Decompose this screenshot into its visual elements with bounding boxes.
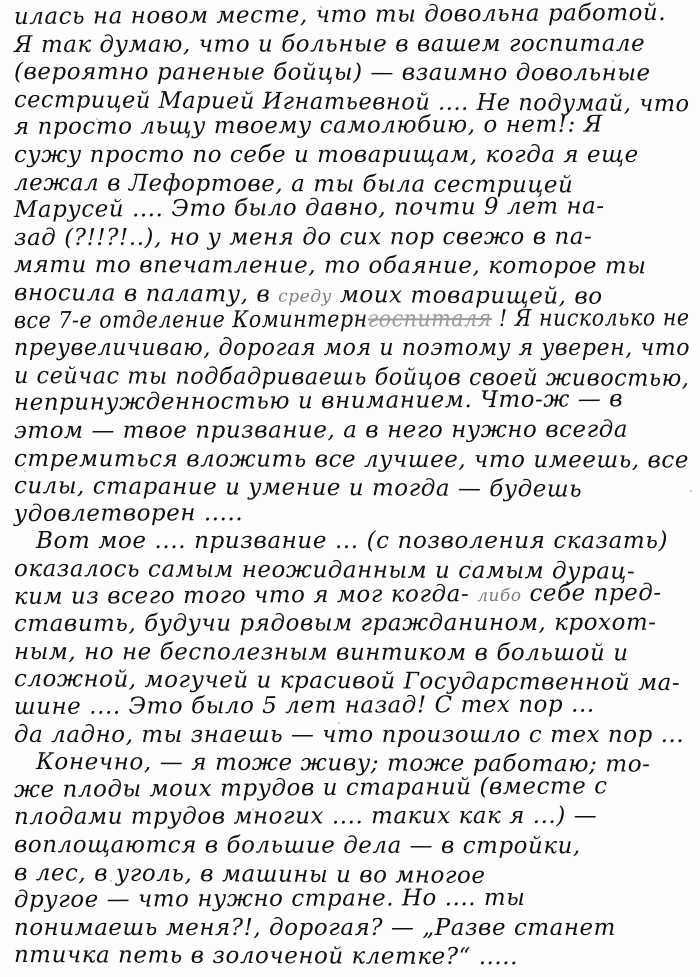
scan-speck <box>612 60 614 62</box>
line-text: плодами трудов многих .... таких как я .… <box>14 803 597 830</box>
line-text: зад (?!!?!..), но у меня до сих пор свеж… <box>14 224 592 251</box>
line-text: воплощаются в большие дела — в стройки, <box>14 832 581 859</box>
line-text: (вероятно раненые бойцы) — взаимно довол… <box>14 59 651 86</box>
letter-line: мяти то впечатление, то обаяние, которое… <box>14 252 690 279</box>
line-text: мяти то впечатление, то обаяние, которое… <box>14 252 647 279</box>
line-text: стремиться вложить все лучшее, что имееш… <box>14 446 689 473</box>
line-text: ким из всего того что я мог когда- <box>14 581 469 610</box>
line-text: да ладно, ты знаешь — что произошло с те… <box>14 722 684 748</box>
line-text: другое — что нужно стране. Но .... ты <box>14 885 526 913</box>
letter-line: воплощаются в большие дела — в стройки, <box>14 832 690 859</box>
letter-line: преувеличиваю, дорогая моя и поэтому я у… <box>14 335 667 361</box>
line-text: все 7-е отделение Коминтерн <box>14 306 368 333</box>
letter-line: стремиться вложить все лучшее, что имееш… <box>14 446 690 473</box>
scan-speck <box>320 6 322 8</box>
line-text-continued: себе пред- <box>529 580 661 607</box>
scan-speck <box>470 560 472 562</box>
line-text: в лес, в уголь, в машины и во многое <box>14 860 486 889</box>
letter-line: ным, но не бесполезным винтиком в большо… <box>14 639 690 666</box>
letter-line: птичка петь в золоченой клетке?“ ..... <box>14 942 690 971</box>
letter-line: Вот мое .... призвание ... (с позволения… <box>36 528 686 554</box>
line-text: Вот мое .... призвание ... (с позволения… <box>36 528 668 554</box>
line-text: преувеличиваю, дорогая моя и поэтому я у… <box>14 335 690 361</box>
letter-line: я просто льщу твоему самолюбию, о нет!: … <box>14 112 690 141</box>
letter-line: да ладно, ты знаешь — что произошло с те… <box>14 722 690 748</box>
line-text: сужу просто по себе и товарищам, когда я… <box>14 142 639 168</box>
letter-line: ставить, будучи рядовым гражданином, кро… <box>14 610 690 637</box>
line-text: шине .... Это было 5 лет назад! С тех по… <box>14 692 595 720</box>
line-text: Марусей .... Это было давно, почти 9 лет… <box>14 193 605 223</box>
line-text: я просто льщу твоему самолюбию, о нет!: … <box>14 112 603 140</box>
scan-speck <box>96 118 98 120</box>
letter-line: же плоды моих трудов и стараний (вместе … <box>14 773 690 803</box>
letter-line: все 7-е отделение Коминтернгоспиталя ! Я… <box>14 305 622 334</box>
line-text-continued: ! Я нисколько не <box>499 305 690 332</box>
inserted-word: среду <box>278 287 332 307</box>
line-text: удовлетворен ..... <box>14 500 243 527</box>
line-text: понимаешь меня?!, дорогая? — „Разве стан… <box>14 915 616 941</box>
letter-line: шине .... Это было 5 лет назад! С тех по… <box>14 691 690 720</box>
line-text: ным, но не бесполезным винтиком в большо… <box>14 639 629 666</box>
line-text: ставить, будучи рядовым гражданином, кро… <box>14 610 657 637</box>
letter-line: понимаешь меня?!, дорогая? — „Разве стан… <box>14 915 690 941</box>
letter-line: илась на новом месте, что ты довольна ра… <box>14 0 690 30</box>
scan-speck <box>338 722 340 724</box>
line-text: непринужденностью и вниманием. Что-ж — в <box>14 387 623 417</box>
letter-line: ким из всего того что я мог когда- либо … <box>14 579 690 609</box>
letter-line: сужу просто по себе и товарищам, когда я… <box>14 142 690 168</box>
scan-speck <box>690 490 692 492</box>
letter-page: илась на новом месте, что ты довольна ра… <box>0 0 700 977</box>
scan-speck <box>110 880 112 882</box>
letter-line: Я так думаю, что и больные в вашем госпи… <box>14 30 690 57</box>
line-text: илась на новом месте, что ты довольна ра… <box>14 0 666 30</box>
letter-line: Марусей .... Это было давно, почти 9 лет… <box>14 193 690 223</box>
letter-line: удовлетворен ..... <box>14 498 690 527</box>
scan-speck <box>24 470 26 472</box>
letter-line: другое — что нужно стране. Но .... ты <box>14 884 690 913</box>
line-text: птичка петь в золоченой клетке?“ ..... <box>14 942 518 970</box>
line-text: же плоды моих трудов и стараний (вместе … <box>14 773 608 803</box>
scan-speck <box>540 930 542 932</box>
inserted-word: либо <box>477 585 522 605</box>
scan-speck <box>252 808 254 810</box>
letter-line: зад (?!!?!..), но у меня до сих пор свеж… <box>14 223 690 250</box>
letter-line: (вероятно раненые бойцы) — взаимно довол… <box>14 59 690 86</box>
letter-line: непринужденностью и вниманием. Что-ж — в <box>14 386 690 416</box>
letter-line: плодами трудов многих .... таких как я .… <box>14 803 690 830</box>
struck-word: госпиталя <box>368 306 492 333</box>
line-text: Я так думаю, что и больные в вашем госпи… <box>14 30 645 57</box>
line-text: вносила в палату, в <box>14 280 271 308</box>
letter-line: этом — твое призвание, а в него нужно вс… <box>14 417 690 444</box>
line-text: этом — твое призвание, а в него нужно вс… <box>14 417 628 444</box>
